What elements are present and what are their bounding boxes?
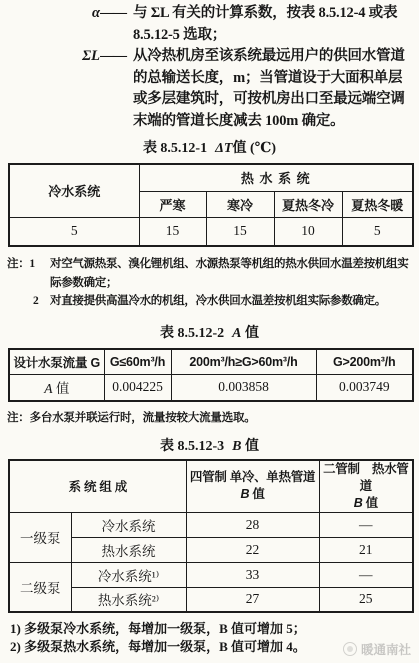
table1-title-unit: 值 (℃) — [232, 141, 276, 156]
table2-title-variable: A — [232, 326, 241, 341]
definition-sigma-l-dash: —— — [100, 46, 133, 68]
table1-header-severe-cold: 严寒 — [139, 191, 206, 217]
definition-alpha-term: α — [62, 3, 100, 25]
table3-header-two-pipe-line2: B 值 — [320, 495, 413, 512]
watermark-logo-icon — [343, 642, 357, 656]
definition-alpha-text: 与 ΣL 有关的计算系数，按表 8.5.12-4 或表 8.5.12-5 选取； — [133, 3, 415, 46]
table3-system-chilled-2: 冷水系统¹⁾ — [71, 562, 186, 587]
table1-value-severe-cold: 15 — [139, 217, 206, 246]
table3-value-chilled-2-four: 33 — [186, 562, 319, 587]
table1-header-cold: 寒冷 — [206, 191, 274, 217]
table1-title-number: 表 8.5.12-1 — [143, 141, 207, 156]
table1-value-hscw: 10 — [274, 217, 342, 246]
table2-note: 注：多台水泵并联运行时，流量按较大流量选取。 — [0, 409, 419, 427]
table3-title-unit: 值 — [242, 439, 260, 454]
table1-header-cold-water: 冷水系统 — [9, 164, 139, 217]
table2-value-2: 0.003858 — [171, 375, 316, 401]
table3-footnote-1: 1) 多级泵冷水系统，每增加一级泵，B 值可增加 5； — [10, 620, 419, 638]
table1-note-1-label: 注：1 — [0, 255, 50, 274]
table3-b-suffix: 值 — [249, 487, 264, 501]
table2-row-label-suffix: 值 — [52, 381, 69, 396]
table2-value-1: 0.004225 — [104, 375, 171, 401]
symbol-definitions: α —— 与 ΣL 有关的计算系数，按表 8.5.12-4 或表 8.5.12-… — [0, 0, 419, 132]
table3-header-four-pipe-line1: 四管制 单冷、单热管道 — [187, 469, 319, 486]
table3-header-four-pipe: 四管制 单冷、单热管道 B 值 — [186, 460, 319, 513]
table2-title: 表 8.5.12-2A 值 — [0, 325, 419, 343]
table2-header-le-60: G≤60m³/h — [104, 349, 171, 375]
definition-alpha-dash: —— — [100, 3, 133, 25]
watermark: 暖通南社 — [343, 640, 411, 658]
table1-note-1: 注：1 对空气源热泵、溴化锂机组、水源热泵等机组的热水供回水温差按机组实 际参数… — [0, 255, 419, 292]
table2-header-60-200: 200m³/h≥G>60m³/h — [171, 349, 316, 375]
table3-value-chilled-1-four: 28 — [186, 512, 319, 537]
table2-header-gt-200: G>200m³/h — [316, 349, 413, 375]
table1-value-hsww: 5 — [342, 217, 413, 246]
definition-sigma-l: ΣL —— 从冷热机房至该系统最远用户的供回水管道 的总输送长度，m；当管道设于… — [62, 46, 415, 132]
table1-value-row: 5 15 15 10 5 — [9, 217, 413, 246]
table1-note-2-label: 2 — [0, 292, 50, 311]
table3-value-hot-2-two: 25 — [319, 587, 413, 612]
table3-b-suffix-2: 值 — [362, 496, 377, 510]
table1-value-cold-zone: 15 — [206, 217, 274, 246]
table1-value-cold: 5 — [9, 217, 139, 246]
table3-value-hot-1-four: 22 — [186, 537, 319, 562]
table1-title: 表 8.5.12-1ΔT值 (℃) — [0, 140, 419, 158]
table3-value-chilled-2-two: — — [319, 562, 413, 587]
table2-header-flow: 设计水泵流量 G — [9, 349, 104, 375]
table3-header-system: 系 统 组 成 — [9, 460, 186, 513]
table3-header-two-pipe-line1: 二管制 热水管道 — [320, 461, 413, 495]
table1-note-1-text: 对空气源热泵、溴化锂机组、水源热泵等机组的热水供回水温差按机组实 际参数确定； — [50, 255, 419, 292]
table-row: 一级泵 冷水系统 28 — — [9, 512, 413, 537]
table1-header-hot-summer-warm-winter: 夏热冬暖 — [342, 191, 413, 217]
table3-value-hot-2-four: 27 — [186, 587, 319, 612]
table3-header-two-pipe: 二管制 热水管道 B 值 — [319, 460, 413, 513]
table2-title-unit: 值 — [242, 326, 260, 341]
definition-sigma-l-term: ΣL — [62, 46, 100, 68]
table3-system-hot-1: 热水系统 — [71, 537, 186, 562]
table1-note-2: 2 对直接提供高温冷水的机组，冷水供回水温差按机组实际参数确定。 — [0, 292, 419, 311]
table3-group-primary-pump: 一级泵 — [9, 512, 71, 562]
definition-alpha: α —— 与 ΣL 有关的计算系数，按表 8.5.12-4 或表 8.5.12-… — [62, 3, 415, 46]
table3-title-number: 表 8.5.12-3 — [160, 439, 224, 454]
table1-header-hot-water-group: 热 水 系 统 — [139, 164, 413, 191]
table1-notes: 注：1 对空气源热泵、溴化锂机组、水源热泵等机组的热水供回水温差按机组实 际参数… — [0, 255, 419, 311]
watermark-text: 暖通南社 — [361, 640, 411, 658]
table3-title: 表 8.5.12-3B 值 — [0, 438, 419, 456]
table2-title-number: 表 8.5.12-2 — [160, 326, 224, 341]
definition-sigma-l-text: 从冷热机房至该系统最远用户的供回水管道 的总输送长度，m；当管道设于大面积单层 … — [133, 46, 415, 132]
table3-b-variable: B — [240, 487, 249, 501]
table-a-value: 设计水泵流量 G G≤60m³/h 200m³/h≥G>60m³/h G>200… — [8, 348, 414, 402]
table3-group-secondary-pump: 二级泵 — [9, 562, 71, 612]
table3-system-chilled-1: 冷水系统 — [71, 512, 186, 537]
table3-value-chilled-1-two: — — [319, 512, 413, 537]
table1-header-hot-summer-cold-winter: 夏热冬冷 — [274, 191, 342, 217]
table-b-value: 系 统 组 成 四管制 单冷、单热管道 B 值 二管制 热水管道 B 值 一级泵… — [8, 459, 414, 614]
table-delta-t: 冷水系统 热 水 系 统 严寒 寒冷 夏热冬冷 夏热冬暖 5 15 15 10 … — [8, 163, 414, 247]
table2-row-label: A 值 — [9, 375, 104, 401]
table2-value-row: A 值 0.004225 0.003858 0.003749 — [9, 375, 413, 401]
table-row: 二级泵 冷水系统¹⁾ 33 — — [9, 562, 413, 587]
document-page: α —— 与 ΣL 有关的计算系数，按表 8.5.12-4 或表 8.5.12-… — [0, 0, 419, 663]
table3-title-variable: B — [232, 439, 241, 454]
table3-value-hot-1-two: 21 — [319, 537, 413, 562]
table3-system-hot-2: 热水系统²⁾ — [71, 587, 186, 612]
table1-note-2-text: 对直接提供高温冷水的机组，冷水供回水温差按机组实际参数确定。 — [50, 292, 419, 311]
table1-title-variable: ΔT — [215, 141, 232, 156]
table2-value-3: 0.003749 — [316, 375, 413, 401]
table3-header-four-pipe-line2: B 值 — [187, 486, 319, 503]
